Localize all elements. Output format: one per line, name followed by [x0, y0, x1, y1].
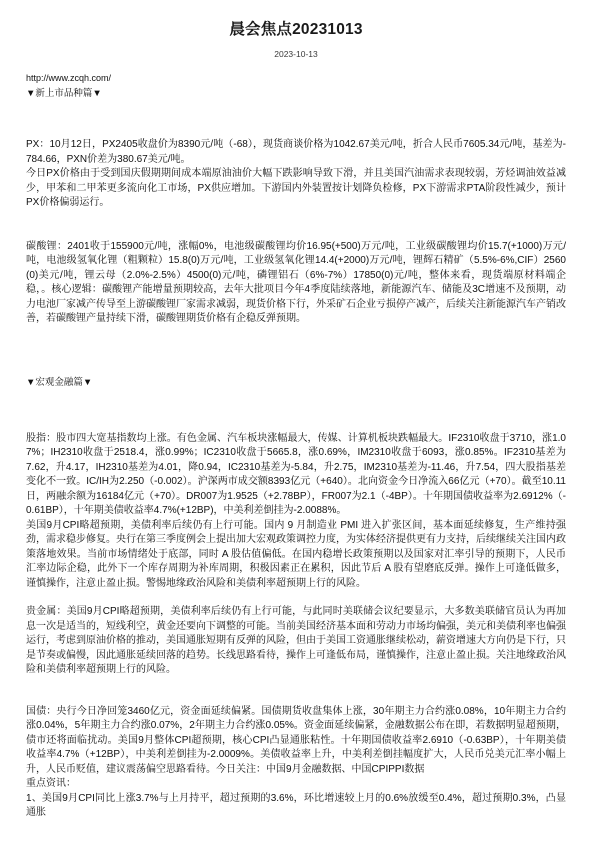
section-1: ▼宏观金融篇▼股指：股市四大宽基指数均上涨。有色金属、汽车板块涨幅最大，传媒、计…	[26, 376, 566, 821]
document-date: 2023-10-13	[26, 49, 566, 60]
paragraph-precious-metals: 贵金属：美国9月CPI略超预期，美债利率后续仍有上行可能，与此同时美联储会议纪要…	[26, 605, 566, 678]
text-block: 今日PX价格由于受到国庆假期期间成本端原油油价大幅下跌影响导致下滑，并且美国汽油…	[26, 167, 566, 211]
sections: ▼新上市品种篇▼PX：10月12日，PX2405收盘价为8390元/吨（-68）…	[26, 87, 566, 821]
paragraph-treasury-bonds: 国债：央行今日净回笼3460亿元，资金面延续偏紧。国债期货收盘集体上涨，30年期…	[26, 705, 566, 821]
section-header: ▼新上市品种篇▼	[26, 87, 566, 100]
text-block: 国债：央行今日净回笼3460亿元，资金面延续偏紧。国债期货收盘集体上涨，30年期…	[26, 705, 566, 778]
text-block: 美国9月CPI略超预期，美债利率后续仍有上行可能。国内 9 月制造业 PMI 进…	[26, 519, 566, 592]
text-block: 股指：股市四大宽基指数均上涨。有色金属、汽车板块涨幅最大，传媒、计算机板块跌幅最…	[26, 432, 566, 519]
text-block: PX：10月12日，PX2405收盘价为8390元/吨（-68），现货商谈价格为…	[26, 138, 566, 167]
text-block: 1、美国9月CPI同比上涨3.7%与上月持平，超过预期的3.6%，环比增速较上月…	[26, 792, 566, 821]
paragraph-lithium-carbonate: 碳酸锂：2401收于155900元/吨，涨幅0%，电池级碳酸锂均价16.95(+…	[26, 240, 566, 327]
text-block: 贵金属：美国9月CPI略超预期，美债利率后续仍有上行可能，与此同时美联储会议纪要…	[26, 605, 566, 678]
text-block: 碳酸锂：2401收于155900元/吨，涨幅0%，电池级碳酸锂均价16.95(+…	[26, 240, 566, 327]
page-title: 晨会焦点20231013	[26, 20, 566, 40]
section-header: ▼宏观金融篇▼	[26, 376, 566, 389]
section-0: ▼新上市品种篇▼PX：10月12日，PX2405收盘价为8390元/吨（-68）…	[26, 87, 566, 327]
source-url: http://www.zcqh.com/	[26, 72, 566, 84]
paragraph-px: PX：10月12日，PX2405收盘价为8390元/吨（-68），现货商谈价格为…	[26, 138, 566, 211]
paragraph-stock-index: 股指：股市四大宽基指数均上涨。有色金属、汽车板块涨幅最大，传媒、计算机板块跌幅最…	[26, 432, 566, 592]
document-page: 晨会焦点20231013 2023-10-13 http://www.zcqh.…	[0, 0, 595, 842]
text-block: 重点资讯：	[26, 777, 566, 792]
